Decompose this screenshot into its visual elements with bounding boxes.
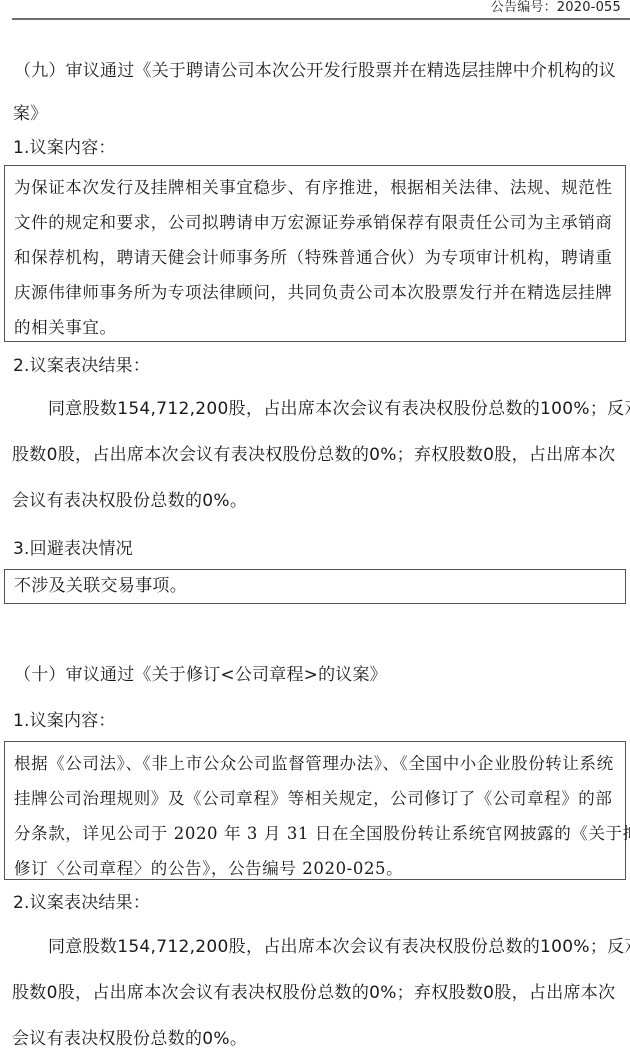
content-line: 为保证本次发行及挂牌相关事宜稳步、有序推进，根据相关法律、法规、规范性 xyxy=(14,170,618,205)
content-line: 根据《公司法》、《非上市公众公司监督管理办法》、《全国中小企业股份转让系统 xyxy=(14,746,618,781)
header-divider xyxy=(12,18,630,20)
recusal-text: 不涉及关联交易事项。 xyxy=(14,570,618,603)
section-10-content-box: 根据《公司法》、《非上市公众公司监督管理办法》、《全国中小企业股份转让系统 挂牌… xyxy=(4,741,626,880)
content-line: 文件的规定和要求，公司拟聘请申万宏源证券承销保荐有限责任公司为主承销商 xyxy=(14,205,618,240)
vote-line: 股数0股，占出席本次会议有表决权股份总数的0%；弃权股数0股，占出席本次 xyxy=(12,970,618,1016)
section-9-title-line-1: （九）审议通过《关于聘请公司本次公开发行股票并在精选层挂牌中介机构的议 xyxy=(14,60,616,82)
content-line: 分条款，详见公司于 2020 年 3 月 31 日在全国股份转让系统官网披露的《… xyxy=(14,816,618,851)
vote-line: 同意股数154,712,200股，占出席本次会议有表决权股份总数的100%；反对 xyxy=(48,399,630,419)
content-line: 的相关事宜。 xyxy=(14,310,618,345)
content-line: 修订〈公司章程〉的公告》，公告编号 2020-025。 xyxy=(14,851,618,886)
section-9-content-box: 为保证本次发行及挂牌相关事宜稳步、有序推进，根据相关法律、法规、规范性 文件的规… xyxy=(4,165,626,342)
section-10-vote-label: 2.议案表决结果： xyxy=(13,892,150,914)
section-10-vote-result: 同意股数154,712,200股，占出席本次会议有表决权股份总数的100%；反对… xyxy=(12,924,618,1054)
vote-line: 会议有表决权股份总数的0%。 xyxy=(12,1016,618,1054)
section-10-title: （十）审议通过《关于修订<公司章程>的议案》 xyxy=(14,664,387,686)
vote-line: 股数0股，占出席本次会议有表决权股份总数的0%；弃权股数0股，占出席本次 xyxy=(12,432,618,478)
section-9-vote-label: 2.议案表决结果： xyxy=(13,355,150,377)
section-9-content-label: 1.议案内容： xyxy=(13,137,116,159)
section-9-title-line-2: 案》 xyxy=(13,103,47,125)
section-9-recusal-label: 3.回避表决情况 xyxy=(13,538,133,560)
section-9-vote-result: 同意股数154,712,200股，占出席本次会议有表决权股份总数的100%；反对… xyxy=(12,386,618,524)
announcement-code: 公告编号：2020-055 xyxy=(491,0,621,16)
content-line: 庆源伟律师事务所为专项法律顾问，共同负责公司本次股票发行并在精选层挂牌 xyxy=(14,275,618,310)
content-line: 挂牌公司治理规则》及《公司章程》等相关规定，公司修订了《公司章程》的部 xyxy=(14,781,618,816)
section-9-recusal-box: 不涉及关联交易事项。 xyxy=(4,569,626,604)
content-line: 和保荐机构，聘请天健会计师事务所（特殊普通合伙）为专项审计机构，聘请重 xyxy=(14,240,618,275)
section-10-content-label: 1.议案内容： xyxy=(13,710,116,732)
vote-line: 会议有表决权股份总数的0%。 xyxy=(12,478,618,524)
vote-line: 同意股数154,712,200股，占出席本次会议有表决权股份总数的100%；反对 xyxy=(48,937,630,957)
